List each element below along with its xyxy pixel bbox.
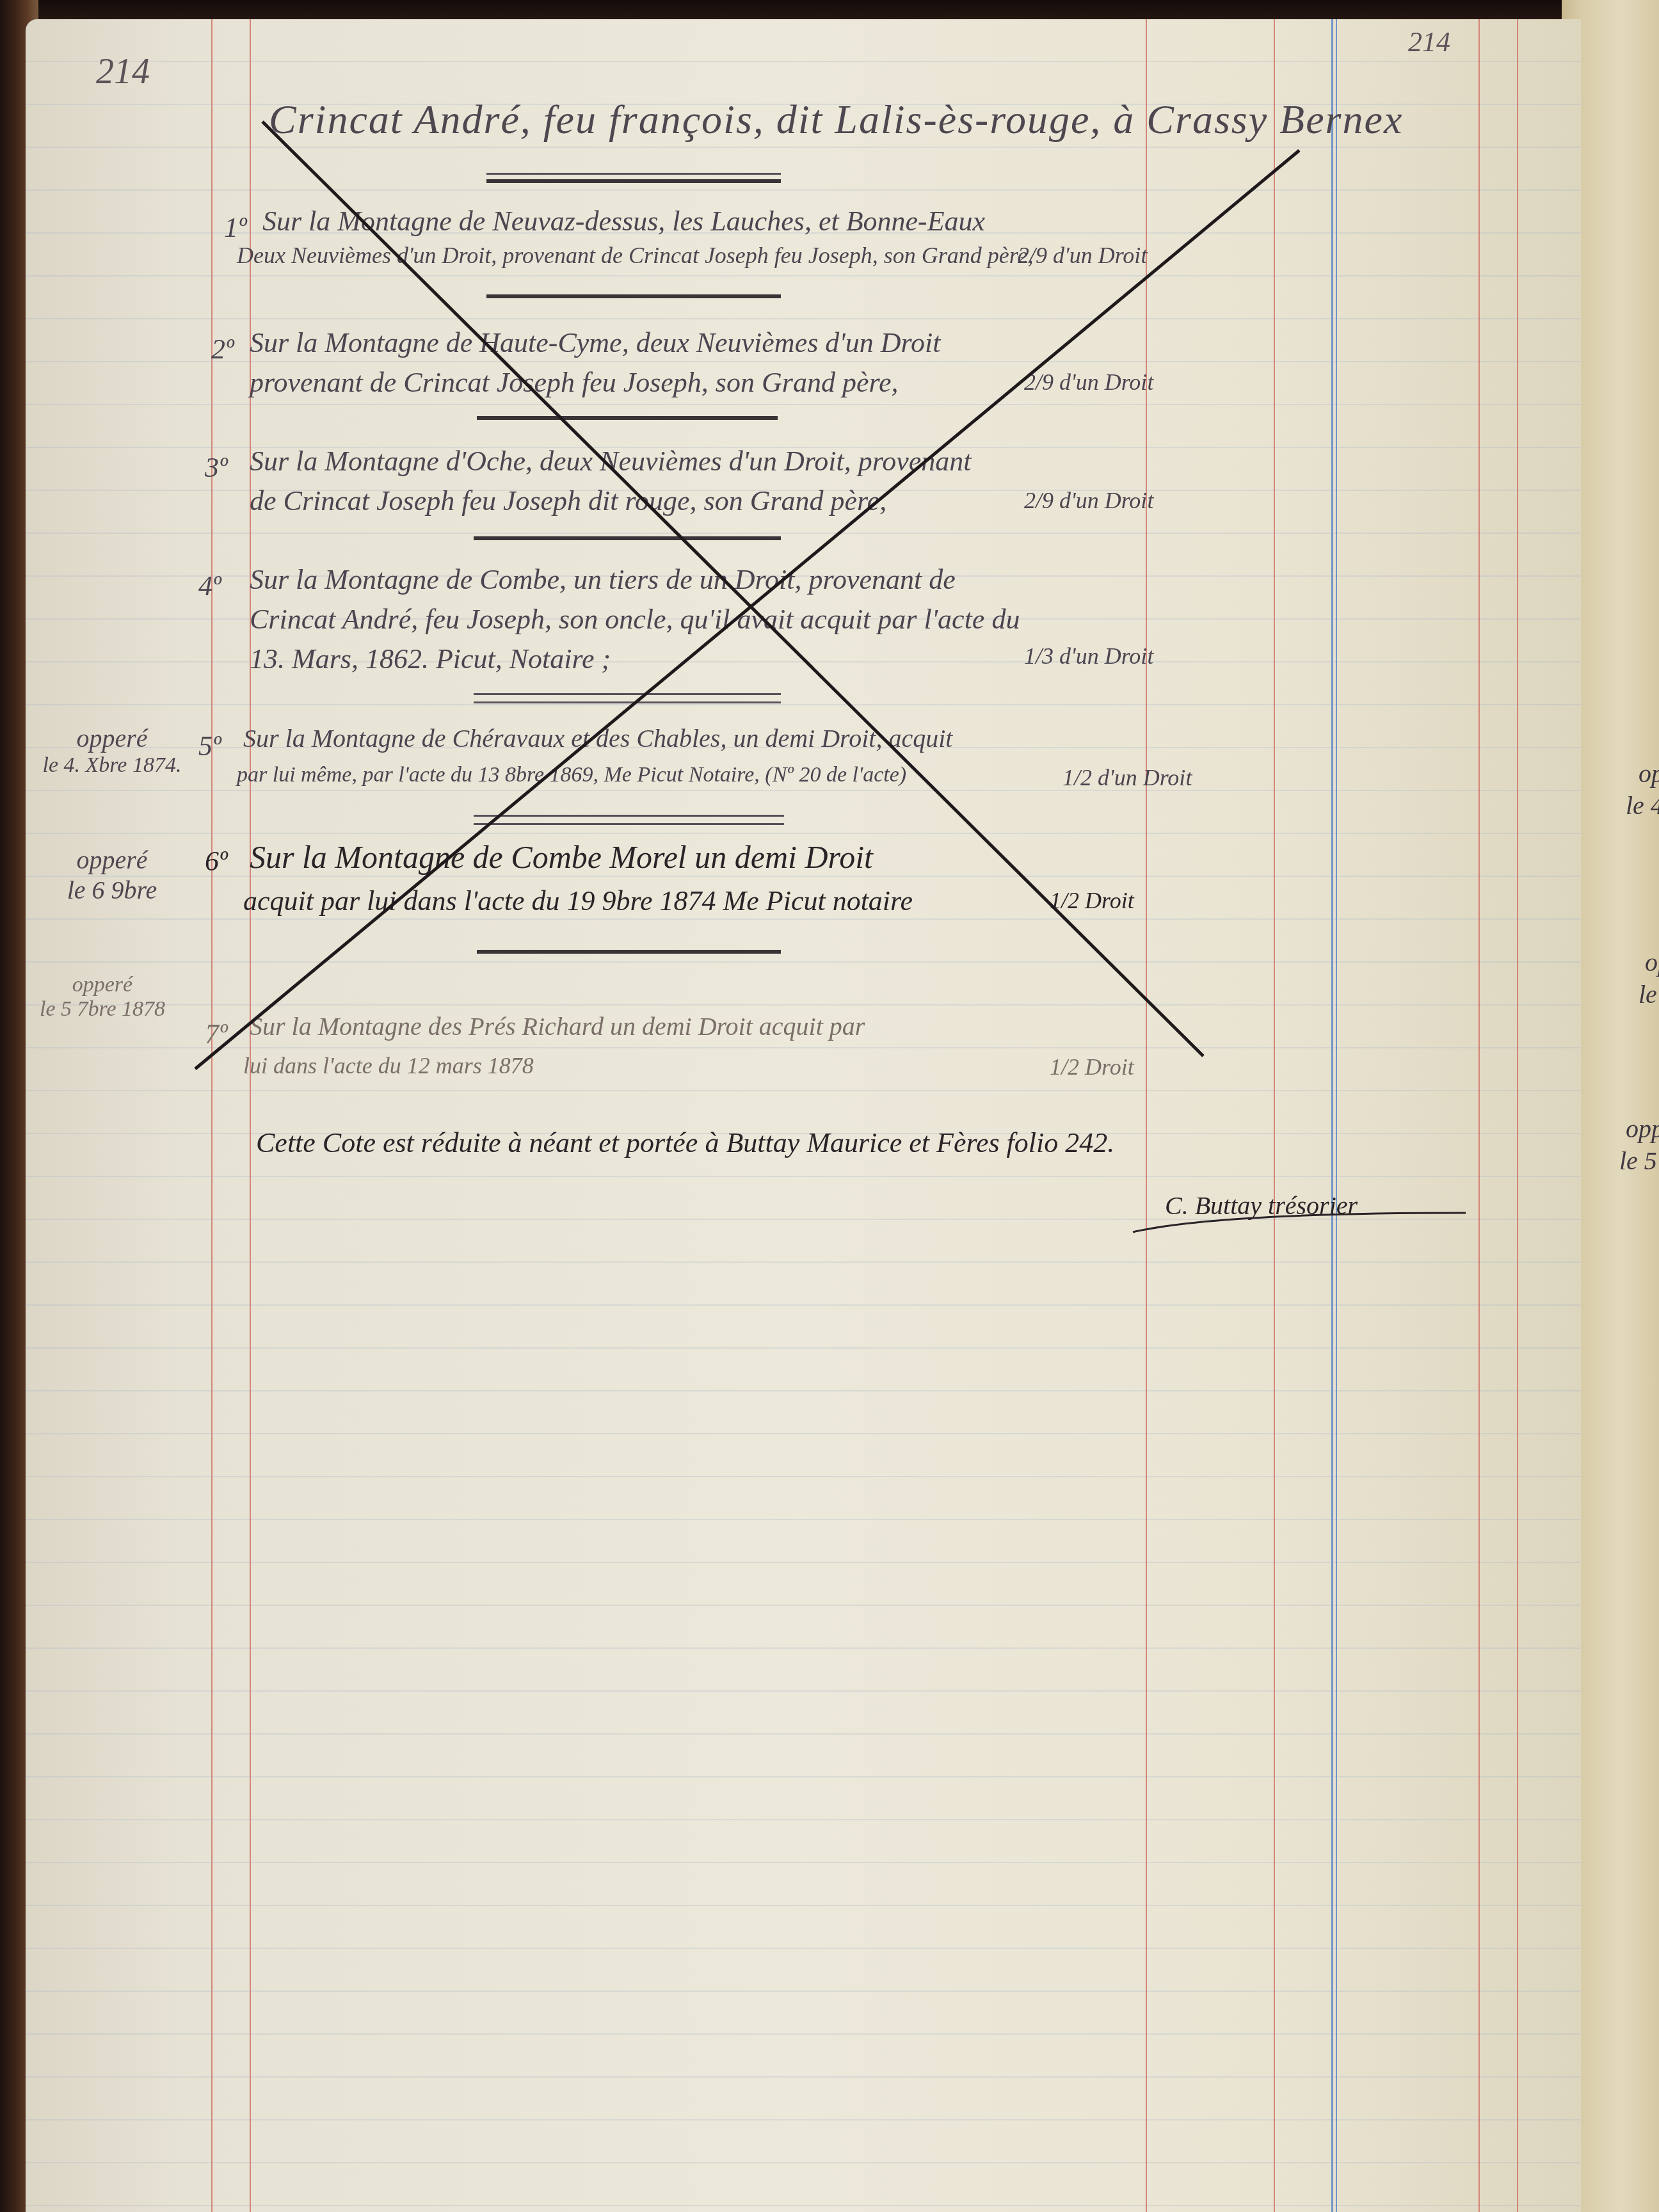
entry-1: 1º Sur la Montagne de Neuvaz-dessus, les…: [224, 205, 1184, 275]
entry-line: Crincat André, feu Joseph, son oncle, qu…: [250, 603, 1020, 636]
entry-number: 7º: [205, 1018, 228, 1050]
column-rule-blue-2: [1336, 19, 1337, 2212]
entry-line: provenant de Crincat Joseph feu Joseph, …: [250, 366, 898, 399]
entry-line: Sur la Montagne des Prés Richard un demi…: [250, 1011, 865, 1041]
closing-signature: C. Buttay trésorier: [1165, 1190, 1358, 1221]
entry-line: acquit par lui dans l'acte du 19 9bre 18…: [243, 885, 913, 917]
column-rule-red-4: [1517, 19, 1518, 2212]
separator-rule: [486, 173, 781, 175]
closing-note: Cette Cote est réduite à néant et portée…: [256, 1126, 1114, 1159]
margin-note-line: le 5 7bre 1878: [19, 997, 186, 1022]
margin-note-entry-7: opperé le 5 7bre 1878: [19, 973, 186, 1022]
column-rule-red-3: [1479, 19, 1480, 2212]
entry-number: 2º: [211, 333, 234, 365]
separator-rule: [474, 815, 784, 817]
facing-page-note: opp: [1639, 758, 1659, 789]
entry-2: 2º Sur la Montagne de Haute-Cyme, deux N…: [211, 320, 1171, 403]
entry-line: Sur la Montagne de Combe, un tiers de un…: [250, 563, 956, 596]
page-heading: Crincat André, feu françois, dit Lalis-è…: [269, 96, 1403, 143]
separator-rule: [486, 294, 781, 298]
entry-share: 1/2 d'un Droit: [1062, 764, 1192, 791]
margin-note-line: le 6 9bre: [38, 875, 186, 905]
entry-number: 1º: [224, 211, 247, 244]
margin-note-line: le 4. Xbre 1874.: [38, 753, 186, 778]
entry-share: 2/9 d'un Droit: [1018, 242, 1147, 269]
facing-page-note: le: [1639, 979, 1657, 1009]
entry-7: 7º Sur la Montagne des Prés Richard un d…: [205, 1011, 1229, 1094]
entry-6: 6º Sur la Montagne de Combe Morel un dem…: [205, 838, 1229, 922]
entry-share: 1/2 Droit: [1050, 1054, 1134, 1080]
entry-line: Sur la Montagne de Combe Morel un demi D…: [250, 838, 873, 876]
folio-number-left: 214: [96, 51, 150, 92]
entry-line: par lui même, par l'acte du 13 8bre 1869…: [237, 763, 906, 787]
entry-line: Sur la Montagne de Haute-Cyme, deux Neuv…: [250, 326, 940, 359]
margin-note-line: opperé: [38, 723, 186, 753]
separator-rule: [486, 179, 781, 183]
facing-page-note: opp: [1645, 947, 1659, 977]
entry-4: 4º Sur la Montagne de Combe, un tiers de…: [198, 557, 1158, 685]
separator-rule: [477, 416, 778, 420]
facing-page-note: opp: [1626, 1114, 1659, 1144]
entry-line: 13. Mars, 1862. Picut, Notaire ;: [250, 643, 611, 675]
column-rule-blue-1: [1331, 19, 1333, 2212]
entry-number: 4º: [198, 570, 221, 602]
entry-3: 3º Sur la Montagne d'Oche, deux Neuvième…: [205, 438, 1165, 522]
entry-share: 2/9 d'un Droit: [1024, 487, 1153, 514]
folio-number-right: 214: [1408, 26, 1450, 58]
separator-rule: [474, 823, 784, 825]
margin-note-entry-6: opperé le 6 9bre: [38, 845, 186, 905]
entry-number: 6º: [205, 845, 228, 878]
entry-line: Deux Neuvièmes d'un Droit, provenant de …: [237, 242, 1033, 269]
separator-rule: [474, 701, 781, 703]
separator-rule: [474, 536, 781, 540]
entry-line: lui dans l'acte du 12 mars 1878: [243, 1052, 534, 1079]
entry-5: 5º Sur la Montagne de Chéravaux et des C…: [198, 717, 1222, 800]
entry-line: Sur la Montagne de Neuvaz-dessus, les La…: [262, 205, 985, 237]
margin-note-entry-5: opperé le 4. Xbre 1874.: [38, 723, 186, 778]
entry-share: 1/3 d'un Droit: [1024, 643, 1153, 669]
separator-rule: [474, 693, 781, 695]
entry-number: 5º: [198, 730, 221, 762]
entry-line: Sur la Montagne d'Oche, deux Neuvièmes d…: [250, 445, 972, 477]
entry-share: 1/2 Droit: [1050, 887, 1134, 914]
separator-rule: [477, 950, 781, 954]
margin-note-line: opperé: [19, 973, 186, 997]
entry-line: de Crincat Joseph feu Joseph dit rouge, …: [250, 485, 886, 517]
entry-number: 3º: [205, 451, 228, 484]
column-rule-red-2: [1274, 19, 1275, 2212]
entry-share: 2/9 d'un Droit: [1024, 369, 1153, 396]
entry-line: Sur la Montagne de Chéravaux et des Chab…: [243, 723, 952, 753]
margin-note-line: opperé: [38, 845, 186, 875]
facing-page-note: le 4. X: [1626, 790, 1659, 821]
facing-page-note: le 5: [1619, 1146, 1657, 1176]
